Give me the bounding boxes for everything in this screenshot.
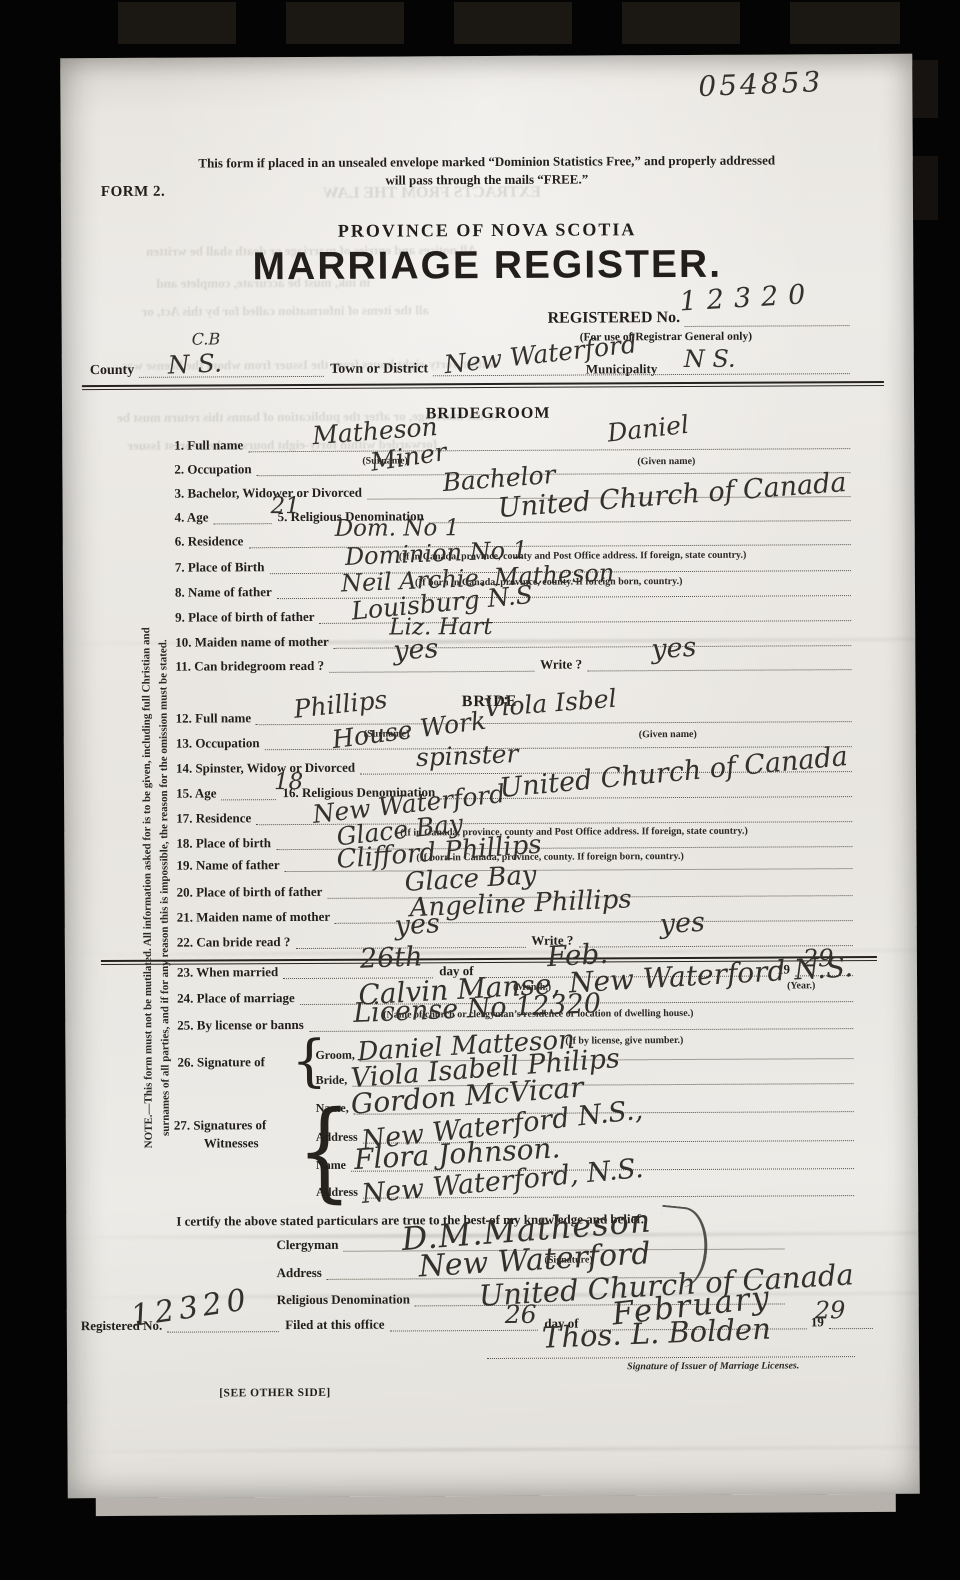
film-edge-block: [790, 2, 900, 44]
film-edge-block: [454, 2, 572, 44]
bride-age: 18: [274, 771, 303, 794]
bridegroom-father-label: 8. Name of father: [175, 585, 277, 600]
bride-age-label: 15. Age: [176, 786, 222, 801]
bridegroom-residence-label: 6. Residence: [175, 534, 249, 549]
bride-father-label: 19. Name of father: [176, 858, 284, 873]
field-line: [213, 499, 271, 524]
bride-name-label: 12. Full name: [176, 711, 257, 726]
clergyman-religion-label: Religious Denomination: [277, 1292, 415, 1307]
bridegroom-father-birth-label: 9. Place of birth of father: [175, 610, 319, 625]
footer-filed-year: 29: [815, 1298, 846, 1322]
issuer-caption: Signature of Issuer of Marriage Licenses…: [627, 1360, 799, 1372]
bridegroom-residence: Dom. No 1: [335, 517, 460, 541]
footer-filed-day: 26: [505, 1302, 537, 1327]
archive-file-number: 054853: [698, 68, 824, 101]
film-edge-block: [286, 2, 404, 44]
county-superscript: C.B: [192, 331, 221, 347]
form-row: 22. Can bride read ? Write ?: [177, 922, 853, 950]
field-line: [221, 775, 276, 800]
witness1-address-label: Address: [316, 1130, 363, 1143]
witness2-name-label: Name: [316, 1159, 351, 1172]
bridegroom-birthplace-label: 7. Place of Birth: [175, 560, 270, 575]
when-married-label: 23. When married: [177, 965, 283, 980]
margin-note: NOTE.—This form must not be mutilated. A…: [138, 548, 176, 1228]
bridegroom-heading: BRIDEGROOM: [62, 403, 914, 425]
town-district-label: Town or District: [324, 361, 433, 377]
mail-note-line2: will pass through the mails “FREE.”: [61, 170, 913, 190]
witness1-name-label: Name,: [316, 1102, 354, 1115]
marriage-day: 26th: [359, 943, 423, 972]
bride-can-read: yes: [394, 910, 441, 940]
witnesses-label-line1: 27. Signatures of: [174, 1117, 267, 1133]
scanned-document-canvas: { "scan": { "file_number": "054853" }, "…: [0, 0, 960, 1580]
bridegroom-age-label: 4. Age: [175, 510, 214, 525]
witness2-address-label: Address: [316, 1185, 363, 1198]
mail-note-line1: This form if placed in an unsealed envel…: [61, 152, 913, 172]
bride-father-birth-label: 20. Place of birth of father: [177, 885, 328, 900]
bride-residence-label: 17. Residence: [176, 811, 256, 826]
province-heading: PROVINCE OF NOVA SCOTIA: [61, 218, 913, 243]
form-number-label: FORM 2.: [101, 184, 165, 201]
registered-no-value: 12320: [679, 281, 816, 316]
field-line: [587, 645, 851, 671]
scanned-page: EXTRACTS FROM THE LAW All notices and en…: [60, 54, 924, 1510]
county-value: N S.: [167, 350, 222, 377]
registered-no-label: REGISTERED No.: [548, 309, 686, 327]
clergyman-label: Clergyman: [276, 1237, 343, 1252]
witnesses-label-line2: Witnesses: [204, 1135, 259, 1151]
bride-status: spinster: [415, 741, 518, 770]
bridegroom-occupation-label: 2. Occupation: [174, 462, 256, 477]
bridegroom-name-label: 1. Full name: [174, 438, 248, 453]
bride-status-label: 14. Spinster, Widow or Divorced: [176, 760, 360, 775]
bridegroom-age: 21: [270, 495, 299, 518]
bridegroom-can-write: yes: [651, 634, 698, 664]
film-edge-block: [118, 2, 236, 44]
film-edge-block: [622, 2, 740, 44]
bridegroom-mother-label: 10. Maiden name of mother: [175, 635, 334, 650]
form-row: 17. Residence: [176, 798, 852, 826]
district-right-value: N S.: [684, 347, 736, 371]
form-row: 11. Can bridegroom read ? Write ?: [175, 646, 851, 674]
bride-read-label: 22. Can bride read ?: [177, 935, 296, 950]
county-label: County: [90, 362, 139, 378]
bridegroom-write-label: Write ?: [534, 657, 587, 672]
issuer-signature: Thos. L. Bolden: [541, 1315, 771, 1353]
bleedthrough-text: all the items of information called for …: [141, 302, 429, 320]
clergyman-address-label: Address: [277, 1266, 327, 1281]
marriage-register-form: EXTRACTS FROM THE LAW All notices and en…: [60, 54, 920, 1498]
municipality-label: Municipality: [586, 361, 658, 377]
license-or-banns-label: 25. By license or banns: [177, 1018, 309, 1033]
margin-note-line2: surnames of all parties, and if for any …: [154, 548, 174, 1228]
bride-can-write: yes: [659, 909, 706, 939]
groom-signature-label: Groom,: [315, 1049, 360, 1062]
bridegroom-read-label: 11. Can bridegroom read ?: [175, 659, 329, 674]
bride-signature-label: Bride,: [316, 1074, 353, 1087]
bridegroom-can-read: yes: [393, 635, 440, 665]
signature-of-label: 26. Signature of: [177, 1054, 265, 1070]
see-other-side: [SEE OTHER SIDE]: [219, 1387, 331, 1400]
bride-occupation-label: 13. Occupation: [176, 736, 265, 751]
fold-crease: [67, 1446, 919, 1453]
filed-at-office-label: Filed at this office: [279, 1317, 389, 1332]
issuer-signature-line: [487, 1356, 855, 1359]
place-of-marriage-label: 24. Place of marriage: [177, 991, 300, 1006]
bride-mother-label: 21. Maiden name of mother: [177, 910, 336, 925]
